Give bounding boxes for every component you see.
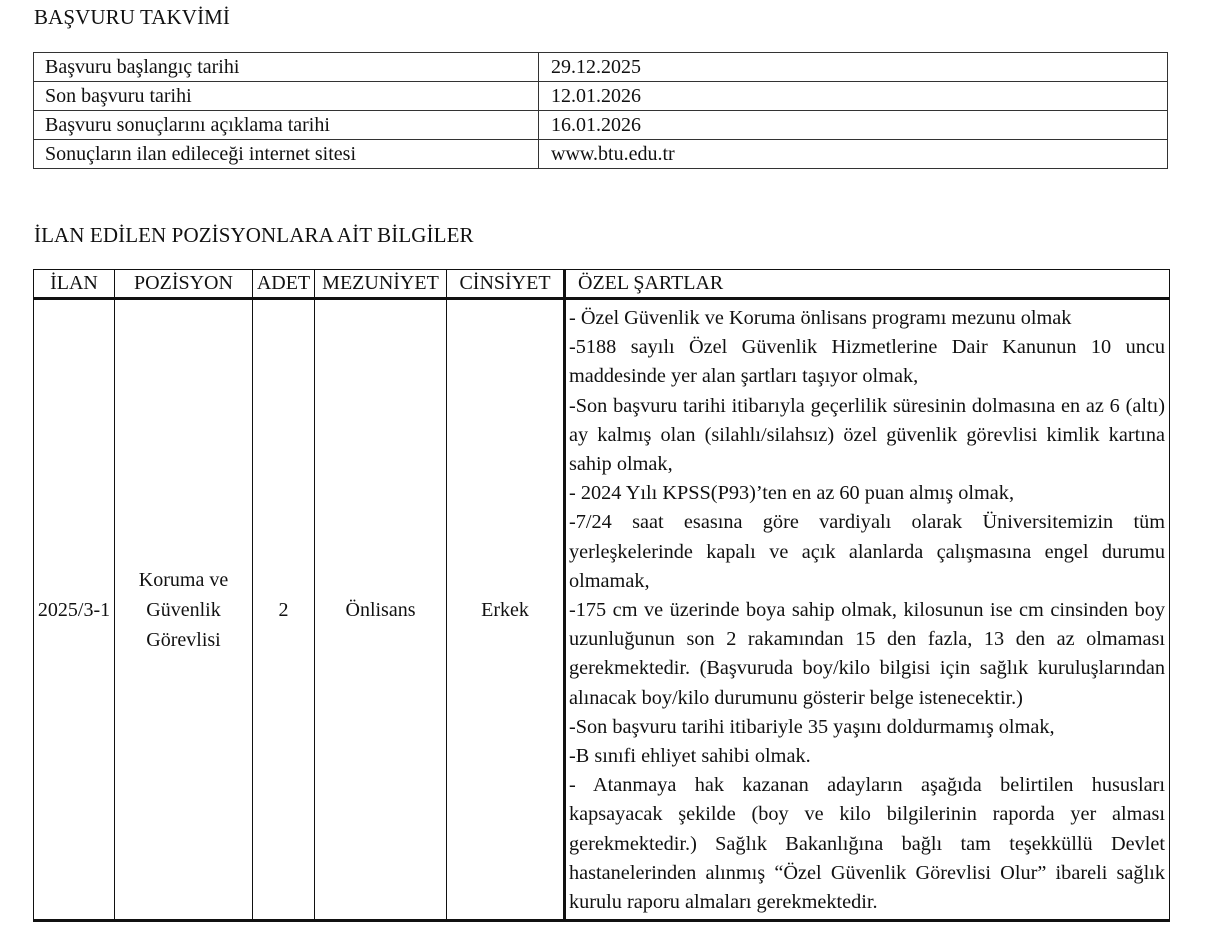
positions-title: İLAN EDİLEN POZİSYONLARA AİT BİLGİLER (34, 223, 474, 247)
header-ozel-sartlar: ÖZEL ŞARTLAR (565, 270, 1170, 299)
cell-ozel-sartlar: - Özel Güvenlik ve Koruma önlisans progr… (565, 299, 1170, 921)
cell-ilan: 2025/3-1 (34, 299, 115, 921)
positions-table: İLAN POZİSYON ADET MEZUNİYET CİNSİYET ÖZ… (33, 269, 1170, 922)
table-row: 2025/3-1 Koruma ve Güvenlik Görevlisi 2 … (34, 299, 1170, 921)
calendar-value: 16.01.2026 (539, 111, 1168, 140)
requirement-item: -B sınıfi ehliyet sahibi olmak. (569, 742, 1165, 771)
header-adet: ADET (253, 270, 315, 299)
calendar-title: BAŞVURU TAKVİMİ (34, 5, 230, 29)
requirement-item: -175 cm ve üzerinde boya sahip olmak, ki… (569, 596, 1165, 713)
calendar-label: Başvuru başlangıç tarihi (34, 53, 539, 82)
calendar-row: Başvuru başlangıç tarihi 29.12.2025 (34, 53, 1168, 82)
calendar-label: Başvuru sonuçlarını açıklama tarihi (34, 111, 539, 140)
requirement-item: -Son başvuru tarihi itibariyle 35 yaşını… (569, 713, 1165, 742)
requirement-item: -7/24 saat esasına göre vardiyalı olarak… (569, 508, 1165, 596)
cell-adet: 2 (253, 299, 315, 921)
requirement-item: -Son başvuru tarihi itibarıyla geçerlili… (569, 392, 1165, 480)
application-calendar-table: Başvuru başlangıç tarihi 29.12.2025 Son … (33, 52, 1168, 169)
calendar-row: Sonuçların ilan edileceği internet sites… (34, 140, 1168, 169)
header-pozisyon: POZİSYON (115, 270, 253, 299)
cell-pozisyon: Koruma ve Güvenlik Görevlisi (115, 299, 253, 921)
positions-header-row: İLAN POZİSYON ADET MEZUNİYET CİNSİYET ÖZ… (34, 270, 1170, 299)
header-ilan: İLAN (34, 270, 115, 299)
header-cinsiyet: CİNSİYET (447, 270, 565, 299)
requirement-item: - Atanmaya hak kazanan adayların aşağıda… (569, 771, 1165, 917)
calendar-label: Son başvuru tarihi (34, 82, 539, 111)
requirement-item: - Özel Güvenlik ve Koruma önlisans progr… (569, 304, 1165, 333)
calendar-value: www.btu.edu.tr (539, 140, 1168, 169)
calendar-label: Sonuçların ilan edileceği internet sites… (34, 140, 539, 169)
calendar-value: 29.12.2025 (539, 53, 1168, 82)
calendar-row: Son başvuru tarihi 12.01.2026 (34, 82, 1168, 111)
cell-cinsiyet: Erkek (447, 299, 565, 921)
cell-mezuniyet: Önlisans (315, 299, 447, 921)
calendar-row: Başvuru sonuçlarını açıklama tarihi 16.0… (34, 111, 1168, 140)
header-mezuniyet: MEZUNİYET (315, 270, 447, 299)
requirement-item: -5188 sayılı Özel Güvenlik Hizmetlerine … (569, 333, 1165, 391)
calendar-value: 12.01.2026 (539, 82, 1168, 111)
requirement-item: - 2024 Yılı KPSS(P93)’ten en az 60 puan … (569, 479, 1165, 508)
